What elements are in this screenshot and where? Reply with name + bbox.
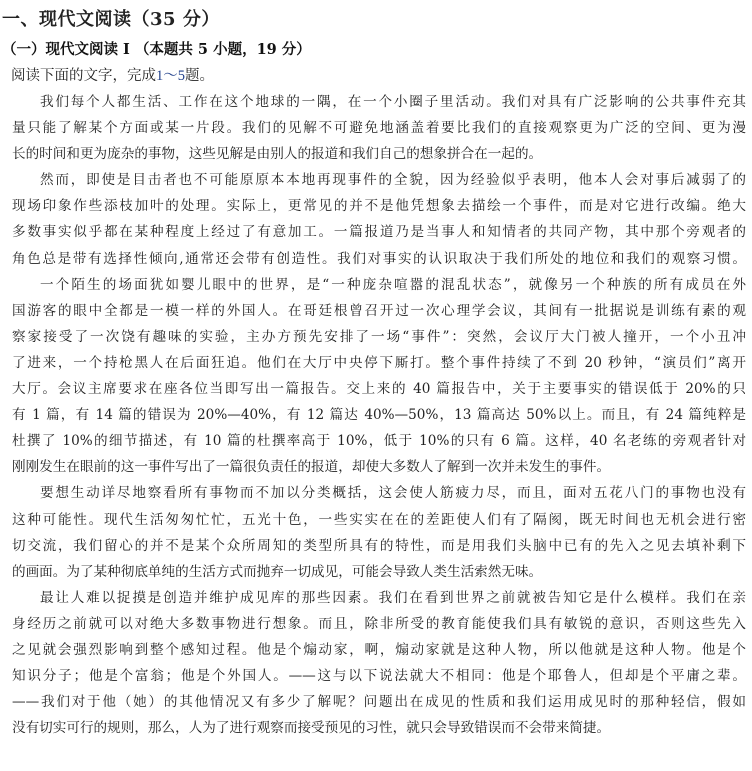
passage-line: 要想生动详尽地察看所有事物而不加以分类概括，这会使人筋疲力尽，而且，面对五花八门… (12, 480, 746, 506)
passage-line: 切交流，我们留心的并不是某个众所周知的类型所具有的特性，而是用我们头脑中已有的先… (12, 533, 746, 559)
passage-line: 量只能了解某个方面或某一片段。我们的见解不可避免地涵盖着要比我们的直接观察更为广… (12, 115, 746, 141)
passage-line: 察家接受了一次饶有趣味的实验，主办方预先安排了一场“事件”：突然，会议厅大门被人… (12, 324, 746, 350)
passage-line: 的画面。为了某种彻底单纯的生活方式而抛弃一切成见，可能会导致人类生活索然无味。 (12, 559, 746, 585)
passage-line: 没有切实可行的规则，那么，人为了进行观察而接受预见的习性，就只会导致错误而不会带… (12, 715, 746, 741)
section-title: 一、现代文阅读（35 分） (2, 5, 220, 31)
passage-line: 这种可能性。现代生活匆匆忙忙，五光十色，一些实实在在的差距使人们有了隔阂，既无时… (12, 507, 746, 533)
passage-line: 国游客的眼中全都是一模一样的外国人。在哥廷根曾召开过一次心理学会议，其间有一批据… (12, 298, 746, 324)
instruction-prefix: 阅读下面的文字，完成 (11, 68, 156, 84)
passage-line: 有 1 篇，有 14 篇的错误为 20%—40%，有 12 篇达 40%—50%… (12, 402, 746, 428)
instruction-suffix: 题。 (185, 68, 214, 84)
passage-line: 身经历之前就可以对绝大多数事物进行想象。而且，除非所受的教育能使我们具有敏锐的意… (12, 611, 746, 637)
passage-line: 杜撰了 10%的细节描述，有 10 篇的杜撰率高于 10%，低于 10%的只有 … (12, 428, 746, 454)
passage-line: 了进来，一个持枪黑人在后面狂追。他们在大厅中央停下厮打。整个事件持续了不到 20… (12, 350, 746, 376)
question-range: 1～5 (156, 68, 185, 84)
passage-line: 角色总是带有选择性倾向,通常还会带有创造性。我们对事实的认识取决于我们所处的地位… (12, 246, 746, 272)
reading-instruction: 阅读下面的文字，完成1～5题。 (11, 64, 214, 85)
passage-line: 刚刚发生在眼前的这一事件写出了一篇很负责任的报道，却使大多数人了解到一次并未发生… (12, 454, 746, 480)
passage-line: 我们每个人都生活、工作在这个地球的一隅，在一个小圈子里活动。我们对具有广泛影响的… (12, 89, 746, 115)
passage-line: 之见就会强烈影响到整个感知过程。他是个煽动家，啊，煽动家就是这种人物，所以他就是… (12, 637, 746, 663)
passage-line: 最让人难以捉摸是创造并维护成见库的那些因素。我们在看到世界之前就被告知它是什么模… (12, 585, 746, 611)
passage-line: 然而，即使是目击者也不可能原原本本地再现事件的全貌，因为经验似乎表明，他本人会对… (12, 167, 746, 193)
passage-line: 一个陌生的场面犹如婴儿眼中的世界，是“一种庞杂喧嚣的混乱状态”，就像另一个种族的… (12, 272, 746, 298)
passage-line: 大厅。会议主席要求在座各位当即写出一篇报告。交上来的 40 篇报告中，关于主要事… (12, 376, 746, 402)
passage-line: 多数事实似乎都在某种程度上经过了有意加工。一篇报道乃是当事人和知情者的共同产物，… (12, 219, 746, 245)
passage-line: 现场印象作些添枝加叶的处理。实际上，更常见的并不是他凭想象去描绘一个事件，而是对… (12, 193, 746, 219)
passage-body: 我们每个人都生活、工作在这个地球的一隅，在一个小圈子里活动。我们对具有广泛影响的… (12, 89, 746, 741)
passage-line: 知识分子；他是个富翁；他是个外国人。——这与以下说法就大不相同：他是个耶鲁人，但… (12, 663, 746, 689)
passage-line: ——我们对于他（她）的其他情况又有多少了解呢？问题出在成见的性质和我们运用成见时… (12, 689, 746, 715)
passage-line: 长的时间和更为庞杂的事物，这些见解是由别人的报道和我们自己的想象拼合在一起的。 (12, 141, 746, 167)
subsection-title: （一）现代文阅读 I （本题共 5 小题，19 分） (2, 38, 311, 59)
